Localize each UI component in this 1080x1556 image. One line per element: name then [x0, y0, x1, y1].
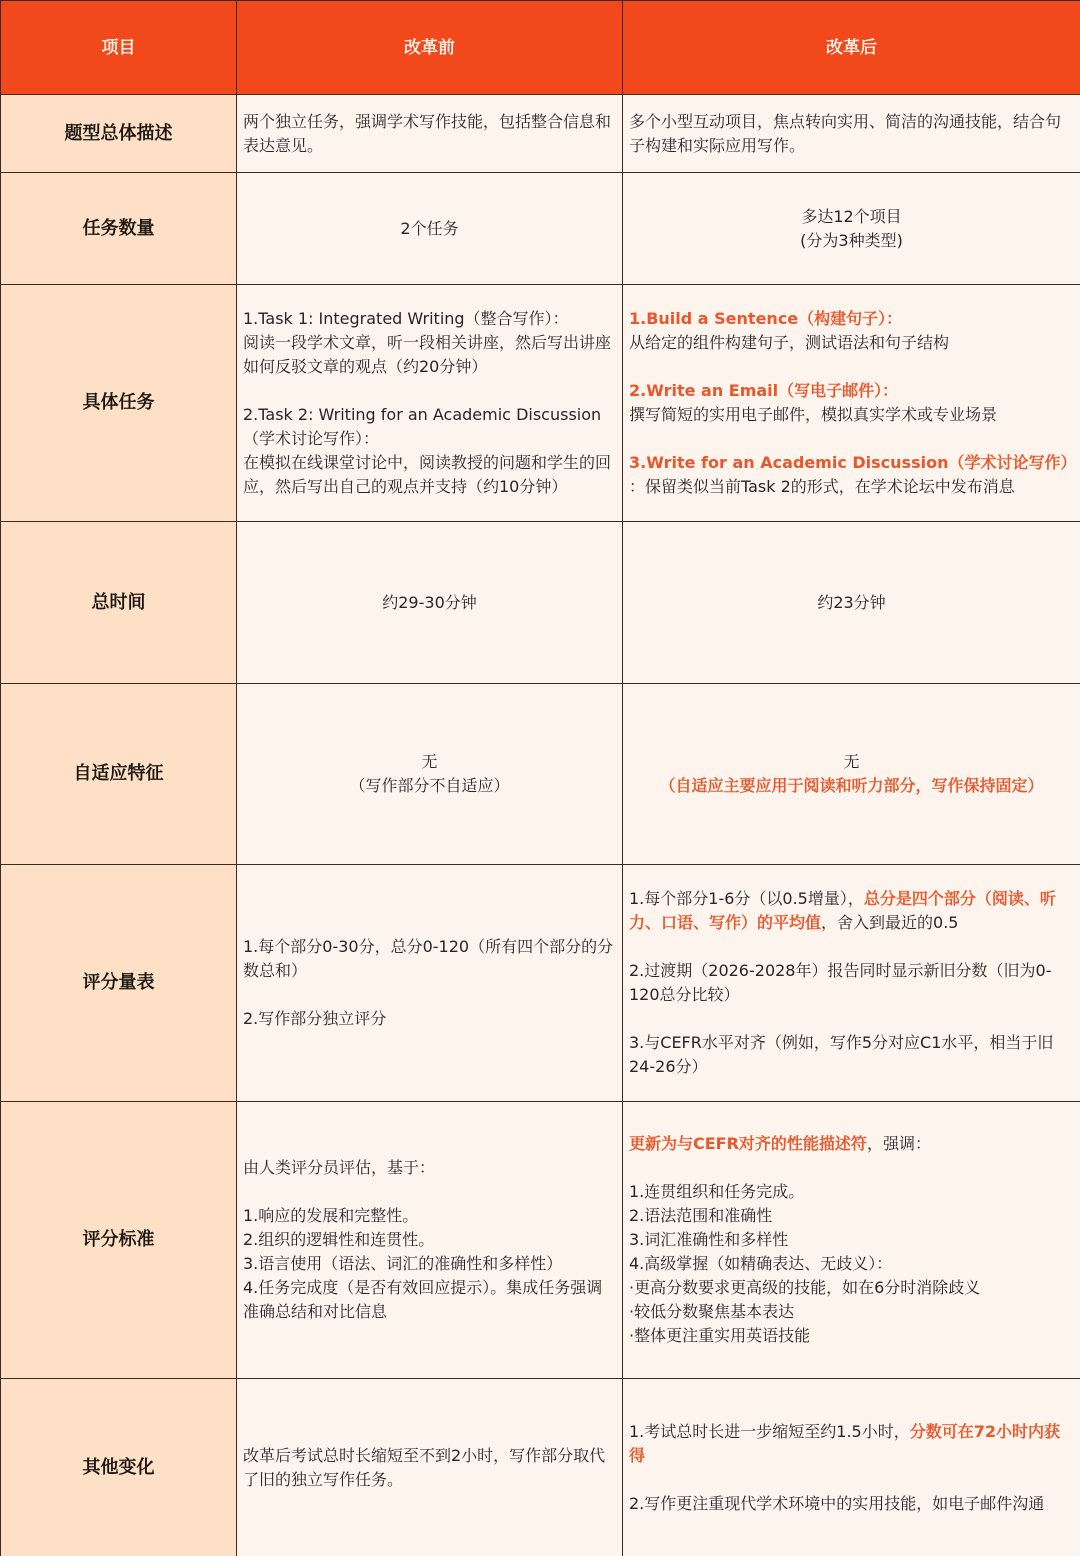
cell-before: 无 （写作部分不自适应）: [237, 684, 623, 865]
row-label: 总时间: [1, 522, 237, 684]
row-label: 自适应特征: [1, 684, 237, 865]
other-after-p2: 2.写作更注重现代学术环境中的实用技能，如电子邮件沟通: [629, 1492, 1074, 1516]
row-label: 任务数量: [1, 173, 237, 285]
row-other-changes: 其他变化 改革后考试总时长缩短至不到2小时，写作部分取代了旧的独立写作任务。 1…: [1, 1379, 1080, 1556]
row-adaptive: 自适应特征 无 （写作部分不自适应） 无 （自适应主要应用于阅读和听力部分，写作…: [1, 684, 1080, 865]
scale-after-p2: 2.过渡期（2026-2028年）报告同时显示新旧分数（旧为0-120总分比较）: [629, 959, 1074, 1007]
cell-before: 改革后考试总时长缩短至不到2小时，写作部分取代了旧的独立写作任务。: [237, 1379, 623, 1556]
scale-after-p1-tail: ，舍入到最近的0.5: [821, 913, 958, 932]
cell-after: 多个小型互动项目，焦点转向实用、简洁的沟通技能，结合句子构建和实际应用写作。: [623, 95, 1080, 173]
new-task1-title: 1.Build a Sentence（构建句子）：: [629, 307, 1074, 331]
row-label: 评分量表: [1, 865, 237, 1102]
task2-desc: 在模拟在线课堂讨论中，阅读教授的问题和学生的回应，然后写出自己的观点并支持（约1…: [243, 451, 616, 499]
adaptive-before-line1: 无: [243, 750, 616, 774]
task1-title: 1.Task 1: Integrated Writing（整合写作）：: [243, 307, 616, 331]
criteria-after-intro: 更新为与CEFR对齐的性能描述符，强调：: [629, 1132, 1074, 1156]
new-task3-desc: ：保留类似当前Task 2的形式，在学术论坛中发布消息: [629, 475, 1074, 499]
cell-before: 两个独立任务，强调学术写作技能，包括整合信息和表达意见。: [237, 95, 623, 173]
task2-title: 2.Task 2: Writing for an Academic Discus…: [243, 403, 616, 451]
header-row: 项目 改革前 改革后: [1, 1, 1080, 95]
other-after-p1-plain: 1.考试总时长进一步缩短至约1.5小时，: [629, 1422, 910, 1441]
criteria-after-item: ·整体更注重实用英语技能: [629, 1324, 1074, 1348]
criteria-after-intro-highlight: 更新为与CEFR对齐的性能描述符: [629, 1134, 867, 1153]
criteria-after-item: ·更高分数要求更高级的技能，如在6分时消除歧义: [629, 1276, 1074, 1300]
new-task3-title: 3.Write for an Academic Discussion（学术讨论写…: [629, 451, 1074, 475]
scale-after-p1: 1.每个部分1-6分（以0.5增量），总分是四个部分（阅读、听力、口语、写作）的…: [629, 887, 1074, 935]
criteria-after-item: ·较低分数聚焦基本表达: [629, 1300, 1074, 1324]
row-total-time: 总时间 约29-30分钟 约23分钟: [1, 522, 1080, 684]
cell-before: 约29-30分钟: [237, 522, 623, 684]
cell-before: 由人类评分员评估，基于： 1.响应的发展和完整性。 2.组织的逻辑性和连贯性。 …: [237, 1102, 623, 1379]
other-after-p1: 1.考试总时长进一步缩短至约1.5小时，分数可在72小时内获得: [629, 1420, 1074, 1468]
adaptive-after-line2: （自适应主要应用于阅读和听力部分，写作保持固定）: [629, 774, 1074, 798]
criteria-before-item: 4.任务完成度（是否有效回应提示）。集成任务强调准确总结和对比信息: [243, 1276, 616, 1324]
criteria-after-item: 3.词汇准确性和多样性: [629, 1228, 1074, 1252]
row-label: 题型总体描述: [1, 95, 237, 173]
task1-desc: 阅读一段学术文章，听一段相关讲座，然后写出讲座如何反驳文章的观点（约20分钟）: [243, 331, 616, 379]
header-after: 改革后: [623, 1, 1080, 95]
task-count-after-line1: 多达12个项目: [629, 205, 1074, 229]
scale-before-p2: 2.写作部分独立评分: [243, 1007, 616, 1031]
row-label: 其他变化: [1, 1379, 237, 1556]
cell-after: 无 （自适应主要应用于阅读和听力部分，写作保持固定）: [623, 684, 1080, 865]
cell-before: 2个任务: [237, 173, 623, 285]
row-overview: 题型总体描述 两个独立任务，强调学术写作技能，包括整合信息和表达意见。 多个小型…: [1, 95, 1080, 173]
criteria-before-item: 1.响应的发展和完整性。: [243, 1204, 616, 1228]
new-task2-desc: 撰写简短的实用电子邮件，模拟真实学术或专业场景: [629, 403, 1074, 427]
adaptive-after-line1: 无: [629, 750, 1074, 774]
cell-after: 1.每个部分1-6分（以0.5增量），总分是四个部分（阅读、听力、口语、写作）的…: [623, 865, 1080, 1102]
row-label: 评分标准: [1, 1102, 237, 1379]
cell-after: 多达12个项目 (分为3种类型): [623, 173, 1080, 285]
row-scoring-scale: 评分量表 1.每个部分0-30分，总分0-120（所有四个部分的分数总和） 2.…: [1, 865, 1080, 1102]
new-task1-desc: 从给定的组件构建句子，测试语法和句子结构: [629, 331, 1074, 355]
adaptive-before-line2: （写作部分不自适应）: [243, 774, 616, 798]
cell-after: 更新为与CEFR对齐的性能描述符，强调： 1.连贯组织和任务完成。 2.语法范围…: [623, 1102, 1080, 1379]
row-scoring-criteria: 评分标准 由人类评分员评估，基于： 1.响应的发展和完整性。 2.组织的逻辑性和…: [1, 1102, 1080, 1379]
cell-after: 1.Build a Sentence（构建句子）： 从给定的组件构建句子，测试语…: [623, 285, 1080, 522]
criteria-after-item: 1.连贯组织和任务完成。: [629, 1180, 1074, 1204]
criteria-after-intro-tail: ，强调：: [867, 1134, 931, 1153]
scale-after-p1-plain: 1.每个部分1-6分（以0.5增量），: [629, 889, 864, 908]
criteria-after-item: 2.语法范围和准确性: [629, 1204, 1074, 1228]
cell-before: 1.每个部分0-30分，总分0-120（所有四个部分的分数总和） 2.写作部分独…: [237, 865, 623, 1102]
criteria-before-item: 2.组织的逻辑性和连贯性。: [243, 1228, 616, 1252]
comparison-table: 项目 改革前 改革后 题型总体描述 两个独立任务，强调学术写作技能，包括整合信息…: [0, 0, 1080, 1556]
cell-before: 1.Task 1: Integrated Writing（整合写作）： 阅读一段…: [237, 285, 623, 522]
header-item: 项目: [1, 1, 237, 95]
cell-after: 1.考试总时长进一步缩短至约1.5小时，分数可在72小时内获得 2.写作更注重现…: [623, 1379, 1080, 1556]
task-count-after-line2: (分为3种类型): [629, 229, 1074, 253]
criteria-before-item: 3.语言使用（语法、词汇的准确性和多样性）: [243, 1252, 616, 1276]
cell-after: 约23分钟: [623, 522, 1080, 684]
row-tasks: 具体任务 1.Task 1: Integrated Writing（整合写作）：…: [1, 285, 1080, 522]
criteria-after-item: 4.高级掌握（如精确表达、无歧义）：: [629, 1252, 1074, 1276]
row-label: 具体任务: [1, 285, 237, 522]
scale-after-p3: 3.与CEFR水平对齐（例如，写作5分对应C1水平，相当于旧24-26分）: [629, 1031, 1074, 1079]
new-task2-title: 2.Write an Email（写电子邮件）：: [629, 379, 1074, 403]
criteria-before-intro: 由人类评分员评估，基于：: [243, 1156, 616, 1180]
row-task-count: 任务数量 2个任务 多达12个项目 (分为3种类型): [1, 173, 1080, 285]
header-before: 改革前: [237, 1, 623, 95]
scale-before-p1: 1.每个部分0-30分，总分0-120（所有四个部分的分数总和）: [243, 935, 616, 983]
